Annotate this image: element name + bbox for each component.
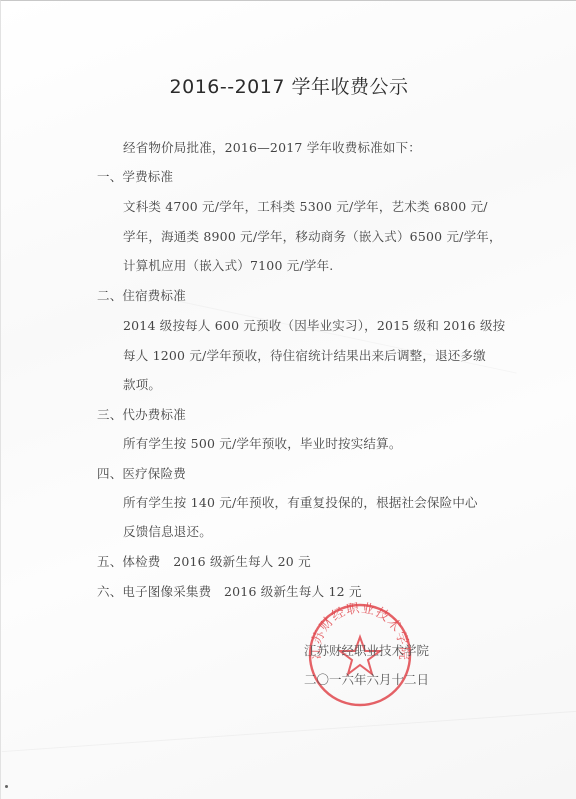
section-line: 款项。 (123, 375, 161, 393)
section-line: 所有学生按 140 元/年预收，有重复投保的，根据社会保险中心 (123, 493, 478, 511)
signature-date: 二〇一六年六月十二日 (304, 670, 429, 688)
paper-crease (2, 711, 576, 752)
section-heading-agency-fee: 三、代办费标准 (97, 405, 186, 423)
section-heading-medical-insurance: 四、医疗保险费 (97, 464, 186, 482)
section-line: 学年，海通类 8900 元/学年，移动商务（嵌入式）6500 元/学年， (123, 227, 502, 245)
section-heading-physical-exam: 五、体检费 2016 级新生每人 20 元 (97, 552, 311, 570)
document-title: 2016--2017 学年收费公示 (1, 72, 576, 99)
scanned-document-page: 2016--2017 学年收费公示 经省物价局批准，2016—2017 学年收费… (0, 0, 576, 799)
scan-speck (5, 785, 8, 788)
section-heading-photo-collection: 六、电子图像采集费 2016 级新生每人 12 元 (97, 582, 362, 600)
section-line: 反馈信息退还。 (123, 522, 212, 540)
section-heading-accommodation: 二、住宿费标准 (97, 286, 186, 304)
signature-institution: 江苏财经职业技术学院 (304, 641, 429, 659)
section-line: 每人 1200 元/学年预收，待住宿统计结果出来后调整，退还多缴 (123, 346, 486, 364)
section-line: 2014 级按每人 600 元预收（因毕业实习），2015 级和 2016 级按 (123, 316, 505, 334)
section-line: 计算机应用（嵌入式）7100 元/学年. (123, 256, 333, 274)
intro-text: 经省物价局批准，2016—2017 学年收费标准如下： (123, 138, 421, 156)
section-line: 文科类 4700 元/学年，工科类 5300 元/学年，艺术类 6800 元/ (123, 197, 488, 215)
section-line: 所有学生按 500 元/学年预收，毕业时按实结算。 (123, 434, 402, 452)
section-heading-tuition: 一、学费标准 (97, 167, 173, 185)
